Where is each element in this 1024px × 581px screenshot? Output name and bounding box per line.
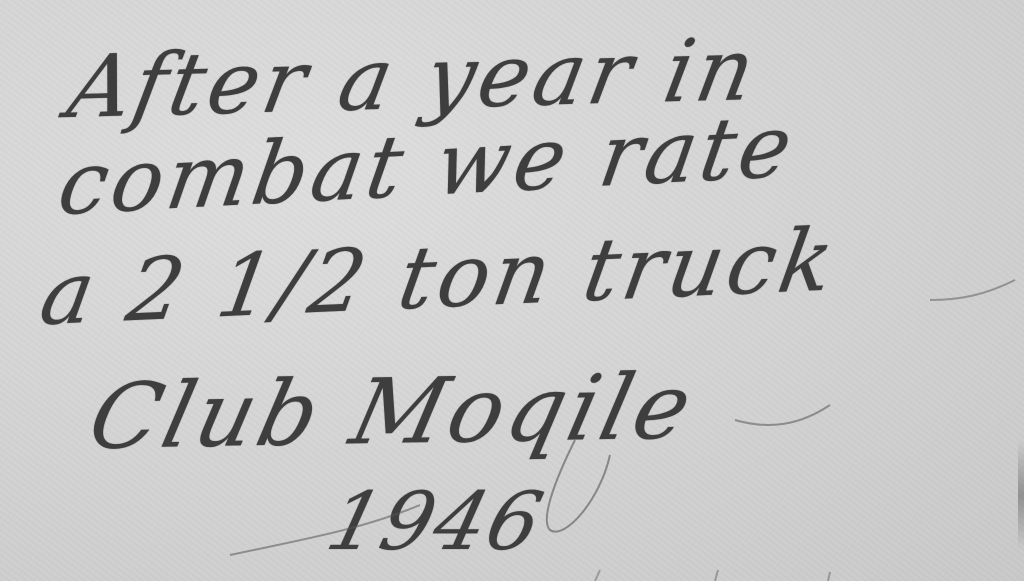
note-line-3: a 2 1/2 ton truck — [34, 210, 845, 346]
note-date: 1946 — [318, 475, 553, 568]
paper-crease — [1018, 440, 1024, 550]
note-line-4: Club Moqile — [80, 354, 705, 470]
handwritten-note: After a year in combat we rate a 2 1/2 t… — [0, 0, 1024, 581]
